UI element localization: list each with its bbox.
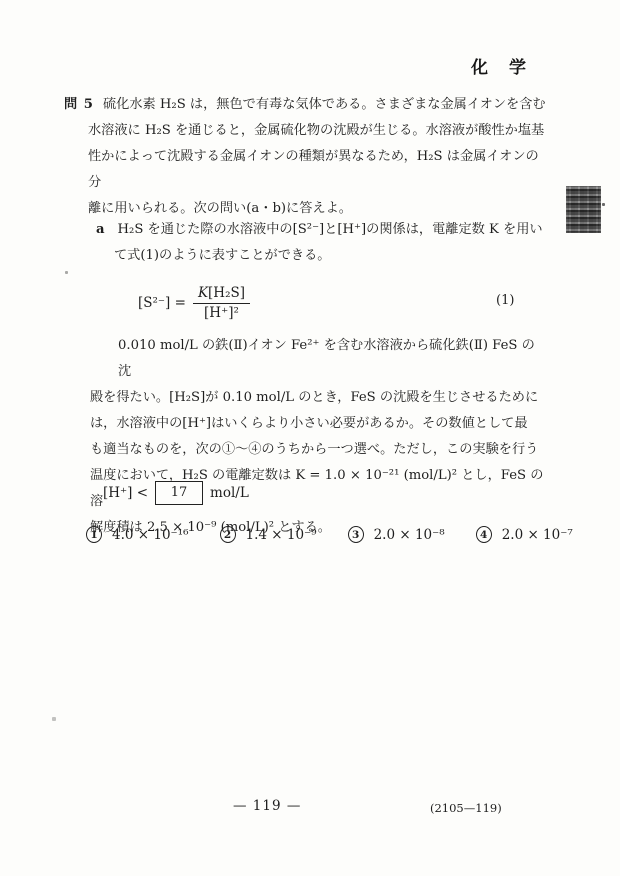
question-a-body: 0.010 mol/L の鉄(Ⅱ)イオン Fe²⁺ を含む水溶液から硫化鉄(Ⅱ)… xyxy=(90,333,546,541)
choice-2-circled-number: 2 xyxy=(220,526,236,543)
choice-2: 2 1.4 × 10⁻⁹ xyxy=(220,526,317,543)
answer-choices: 1 4.0 × 10⁻¹⁶ 2 1.4 × 10⁻⁹ 3 2.0 × 10⁻⁸ … xyxy=(86,526,573,543)
question-text: 硫化水素 H₂S は，無色で有毒な気体である。さまざまな金属イオンを含む xyxy=(103,97,546,112)
body-line: は，水溶液中の[H⁺]はいくらより小さい必要があるか。その数値として最 xyxy=(90,411,546,437)
body-line: 0.010 mol/L の鉄(Ⅱ)イオン Fe²⁺ を含む水溶液から硫化鉄(Ⅱ)… xyxy=(90,333,546,385)
body-line: も適当なものを，次の①～④のうちから一つ選べ。ただし，この実験を行う xyxy=(90,437,546,463)
page-title: 化 学 xyxy=(471,53,528,78)
answer-blank-box: 17 xyxy=(155,481,203,505)
equation-numerator: K[H₂S] xyxy=(193,285,250,304)
sub-question-a-label: a xyxy=(96,222,105,237)
equation-denominator: [H⁺]² xyxy=(204,304,239,322)
exam-page: 化 学 問 5硫化水素 H₂S は，無色で有毒な気体である。さまざまな金属イオン… xyxy=(0,0,620,876)
choice-3-value: 2.0 × 10⁻⁸ xyxy=(374,527,445,543)
page-number: — 119 — xyxy=(233,798,301,814)
sub-question-a-line: て式(1)のように表すことができる。 xyxy=(96,243,546,269)
choice-1: 1 4.0 × 10⁻¹⁶ xyxy=(86,526,189,543)
question-line: 問 5硫化水素 H₂S は，無色で有毒な気体である。さまざまな金属イオンを含む xyxy=(64,92,546,118)
choice-4: 4 2.0 × 10⁻⁷ xyxy=(476,526,573,543)
scan-speck xyxy=(602,203,605,206)
question-5: 問 5硫化水素 H₂S は，無色で有毒な気体である。さまざまな金属イオンを含む … xyxy=(64,92,546,222)
sub-question-a-text: H₂S を通じた際の水溶液中の[S²⁻]と[H⁺]の関係は，電離定数 K を用い xyxy=(118,222,543,237)
choice-3: 3 2.0 × 10⁻⁸ xyxy=(348,526,445,543)
question-number-label: 問 5 xyxy=(64,97,94,112)
body-line: 殿を得たい。[H₂S]が 0.10 mol/L のとき，FeS の沈殿を生じさせ… xyxy=(90,385,546,411)
sub-question-a-line: aH₂S を通じた際の水溶液中の[S²⁻]と[H⁺]の関係は，電離定数 K を用… xyxy=(96,217,546,243)
equation-number: (1) xyxy=(496,293,514,308)
equation-fraction: K[H₂S] [H⁺]² xyxy=(193,285,250,322)
answer-prefix: [H⁺] < xyxy=(103,485,148,501)
choice-1-value: 4.0 × 10⁻¹⁶ xyxy=(112,527,189,543)
question-line: 水溶液に H₂S を通じると，金属硫化物の沈殿が生じる。水溶液が酸性か塩基 xyxy=(64,118,546,144)
scan-speck xyxy=(65,271,68,274)
choice-3-circled-number: 3 xyxy=(348,526,364,543)
choice-1-circled-number: 1 xyxy=(86,526,102,543)
answer-unit: mol/L xyxy=(210,485,249,501)
choice-4-value: 2.0 × 10⁻⁷ xyxy=(502,527,573,543)
answer-expression: [H⁺] < 17 mol/L xyxy=(103,479,249,507)
sub-question-a: aH₂S を通じた際の水溶液中の[S²⁻]と[H⁺]の関係は，電離定数 K を用… xyxy=(96,217,546,269)
scan-artifact xyxy=(566,186,601,233)
document-code: (2105—119) xyxy=(430,801,502,815)
choice-4-circled-number: 4 xyxy=(476,526,492,543)
scan-speck xyxy=(52,717,56,721)
question-line: 性かによって沈殿する金属イオンの種類が異なるため，H₂S は金属イオンの分 xyxy=(64,144,546,196)
equation-lhs: [S²⁻] = xyxy=(138,295,186,311)
equation-1: [S²⁻] = K[H₂S] [H⁺]² xyxy=(138,281,250,325)
choice-2-value: 1.4 × 10⁻⁹ xyxy=(246,527,317,543)
